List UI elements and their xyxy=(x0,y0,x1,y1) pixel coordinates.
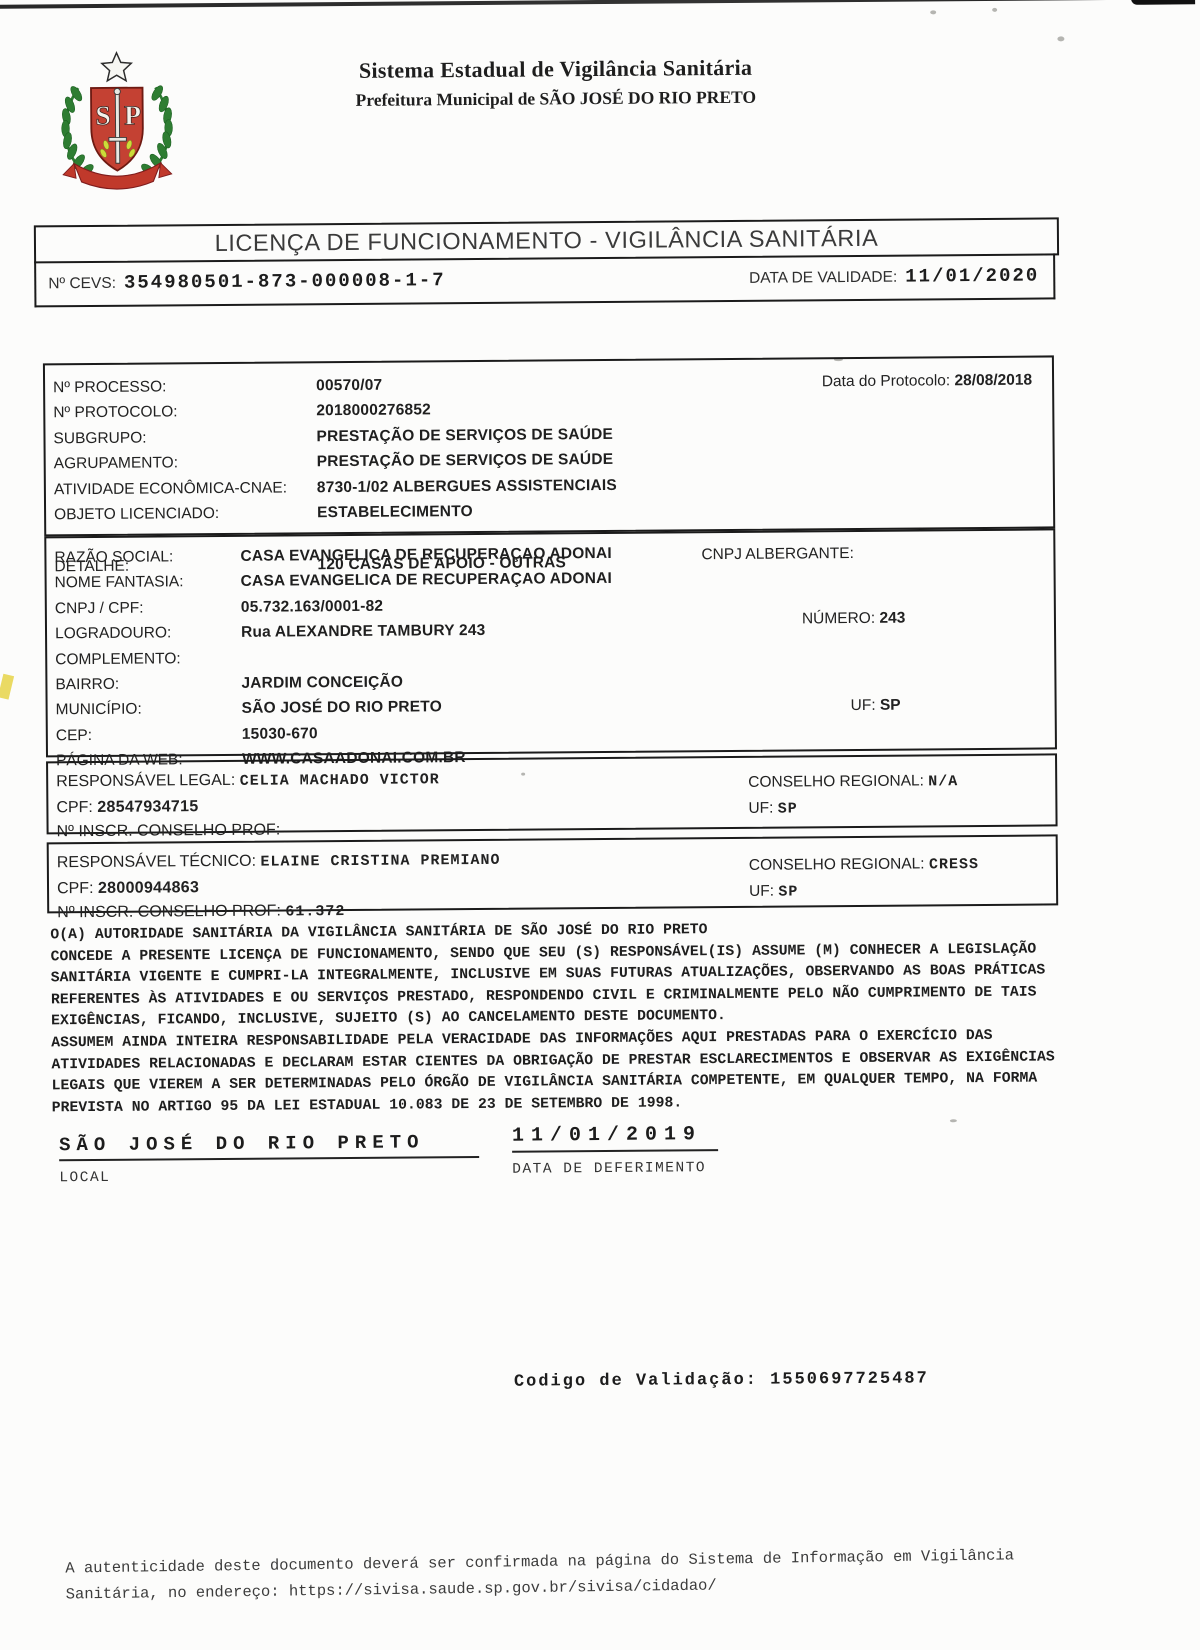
establishment-info-box: CNPJ ALBERGANTE: NÚMERO: 243 UF: SP RAZÃ… xyxy=(44,528,1057,757)
authenticity-footer: A autenticidade deste documento deverá s… xyxy=(65,1540,1156,1607)
council-uf: UF: SP xyxy=(748,794,958,822)
field-label: BAIRRO: xyxy=(55,671,241,698)
uf-field: UF: SP xyxy=(851,697,901,715)
signature-date-block: 11/01/2019 DATA DE DEFERIMENTO xyxy=(512,1123,718,1178)
field-value: PRESTAÇÃO DE SERVIÇOS DE SAÚDE xyxy=(317,447,614,475)
numero-value: 243 xyxy=(879,610,905,627)
uf-label: UF: xyxy=(851,697,876,714)
cevs-label: Nº CEVS: xyxy=(48,275,116,294)
protocol-date-label: Data do Protocolo: xyxy=(822,372,951,390)
council-insc-label: Nº INSCR. CONSELHO PROF: xyxy=(57,903,281,922)
field-label: AGRUPAMENTO: xyxy=(54,449,317,476)
header-org-block: Sistema Estadual de Vigilância Sanitária… xyxy=(261,54,851,112)
field-label: ATIVIDADE ECONÔMICA-CNAE: xyxy=(54,475,317,502)
council-regional: CONSELHO REGIONAL: CRESS xyxy=(749,851,979,879)
cevs-row: Nº CEVS: 354980501-873-000008-1-7 DATA D… xyxy=(34,253,1055,307)
cpf-label: CPF: xyxy=(57,880,94,897)
field-value: ESTABELECIMENTO xyxy=(317,499,473,526)
cpf-value: 28000944863 xyxy=(98,879,199,897)
numero-label: NÚMERO: xyxy=(802,610,875,628)
council-insc-label: Nº INSCR. CONSELHO PROF: xyxy=(57,822,281,841)
header-system-name: Sistema Estadual de Vigilância Sanitária xyxy=(261,54,851,85)
validity-group: DATA DE VALIDADE: 11/01/2020 xyxy=(749,265,1039,289)
validity-value: 11/01/2020 xyxy=(905,265,1039,288)
sp-coat-of-arms-logo: S P xyxy=(47,47,186,198)
field-value: 00570/07 xyxy=(316,373,382,399)
field-label: NOME FANTASIA: xyxy=(55,569,241,596)
validity-label: DATA DE VALIDADE: xyxy=(749,269,897,288)
field-value: PRESTAÇÃO DE SERVIÇOS DE SAÚDE xyxy=(316,422,613,450)
technical-responsible-box: CONSELHO REGIONAL: CRESS UF: SP RESPONSÁ… xyxy=(47,834,1059,913)
council-regional-label: CONSELHO REGIONAL: xyxy=(749,855,925,873)
field-value: CASA EVANGELICA DE RECUPERAÇAO ADONAI xyxy=(240,541,612,569)
signature-date-value: 11/01/2019 xyxy=(512,1123,718,1153)
council-uf-value: SP xyxy=(778,800,798,817)
council-regional-label: CONSELHO REGIONAL: xyxy=(748,772,924,790)
svg-text:S: S xyxy=(95,100,111,131)
council-regional-value: CRESS xyxy=(929,856,979,873)
scan-speck xyxy=(1057,36,1064,41)
uf-value: SP xyxy=(880,697,901,714)
field-label: CEP: xyxy=(56,722,242,749)
council-uf-value: SP xyxy=(778,883,798,900)
process-info-box: Data do Protocolo: 28/08/2018 Nº PROCESS… xyxy=(43,355,1055,536)
field-value: Rua ALEXANDRE TAMBURY 243 xyxy=(241,618,486,645)
council-regional-value: N/A xyxy=(928,773,958,790)
field-label: SUBGRUPO: xyxy=(53,424,316,451)
responsible-label: RESPONSÁVEL TÉCNICO: xyxy=(57,853,256,872)
field-label: Nº PROTOCOLO: xyxy=(53,399,316,426)
responsible-name: ELAINE CRISTINA PREMIANO xyxy=(260,852,500,871)
field-label: CNPJ / CPF: xyxy=(55,595,241,622)
field-label: OBJETO LICENCIADO: xyxy=(54,500,317,527)
cnpj-albergante: CNPJ ALBERGANTE: xyxy=(701,545,854,564)
numero-field: NÚMERO: 243 xyxy=(802,610,906,629)
field-value: 05.732.163/0001-82 xyxy=(241,594,384,621)
legal-responsible-box: CONSELHO REGIONAL: N/A UF: SP RESPONSÁVE… xyxy=(46,753,1058,834)
field-label: Nº PROCESSO: xyxy=(53,373,316,400)
scan-speck xyxy=(950,1119,957,1122)
cpf-value: 28547934715 xyxy=(97,798,198,816)
responsible-label: RESPONSÁVEL LEGAL: xyxy=(56,772,235,790)
validation-code: Codigo de Validação: 1550697725487 xyxy=(514,1369,929,1391)
signature-local-value: SÃO JOSÉ DO RIO PRETO xyxy=(59,1131,479,1161)
legal-council-group: CONSELHO REGIONAL: N/A UF: SP xyxy=(748,768,958,822)
signature-date-label: DATA DE DEFERIMENTO xyxy=(512,1160,718,1178)
field-value: 2018000276852 xyxy=(316,398,431,424)
cnpj-albergante-label: CNPJ ALBERGANTE: xyxy=(701,545,854,563)
signature-local-block: SÃO JOSÉ DO RIO PRETO LOCAL xyxy=(59,1131,479,1186)
scan-edge-artifact xyxy=(0,0,1195,9)
cpf-label: CPF: xyxy=(56,799,93,816)
cevs-number-group: Nº CEVS: 354980501-873-000008-1-7 xyxy=(48,269,446,294)
protocol-date: Data do Protocolo: 28/08/2018 xyxy=(822,372,1032,392)
council-uf: UF: SP xyxy=(749,877,979,905)
signature-local-label: LOCAL xyxy=(59,1167,479,1186)
scan-corner-artifact xyxy=(1131,0,1195,5)
header-municipality: Prefeitura Municipal de SÃO JOSÉ DO RIO … xyxy=(261,86,851,112)
field-value: 8730-1/02 ALBERGUES ASSISTENCIAIS xyxy=(317,472,617,500)
field-value: CASA EVANGELICA DE RECUPERAÇAO ADONAI xyxy=(241,566,613,594)
field-value: 15030-670 xyxy=(242,721,318,747)
document-body: S P Sistema Estadual de Vigilância Sanit… xyxy=(0,0,1200,1650)
svg-text:P: P xyxy=(124,99,141,130)
council-insc-value: 61.372 xyxy=(285,903,345,920)
field-label: COMPLEMENTO: xyxy=(55,645,241,672)
protocol-date-value: 28/08/2018 xyxy=(954,372,1032,390)
scan-highlight-artifact xyxy=(0,674,14,700)
council-uf-label: UF: xyxy=(749,883,774,900)
technical-council-group: CONSELHO REGIONAL: CRESS UF: SP xyxy=(749,851,979,905)
council-regional: CONSELHO REGIONAL: N/A xyxy=(748,768,958,796)
scan-speck xyxy=(930,10,936,14)
scanned-license-document: S P Sistema Estadual de Vigilância Sanit… xyxy=(0,0,1200,1650)
responsible-name: CELIA MACHADO VICTOR xyxy=(240,771,440,790)
field-label: LOGRADOURO: xyxy=(55,620,241,647)
cevs-value: 354980501-873-000008-1-7 xyxy=(124,269,446,294)
scan-speck xyxy=(992,8,997,12)
field-label: MUNICÍPIO: xyxy=(56,696,242,723)
field-label: RAZÃO SOCIAL: xyxy=(54,544,240,571)
field-value: SÃO JOSÉ DO RIO PRETO xyxy=(242,695,442,722)
legal-declaration-text: O(A) AUTORIDADE SANITÁRIA DA VIGILÂNCIA … xyxy=(50,917,1071,1119)
council-uf-label: UF: xyxy=(748,800,773,817)
license-title: LICENÇA DE FUNCIONAMENTO - VIGILÂNCIA SA… xyxy=(215,224,879,256)
field-value: JARDIM CONCEIÇÃO xyxy=(241,670,403,697)
